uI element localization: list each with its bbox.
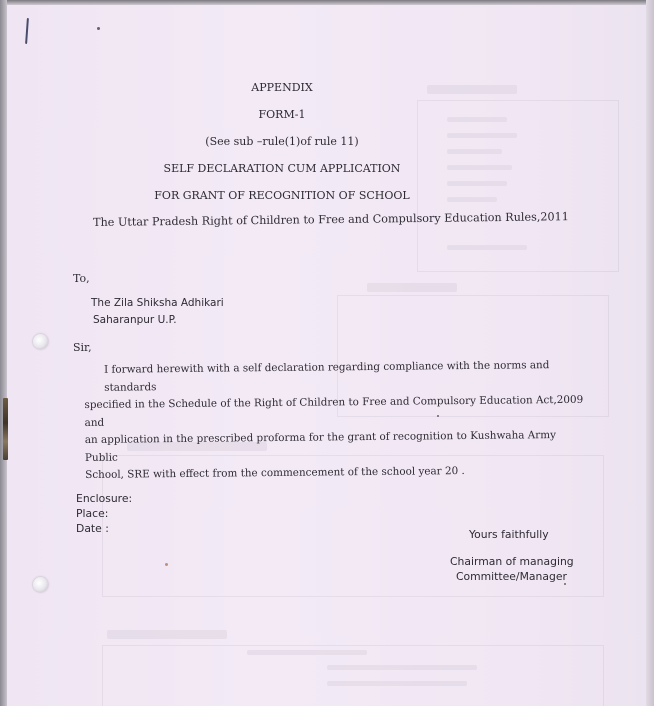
showthrough-line [447, 181, 507, 186]
showthrough-line [447, 149, 502, 154]
addressee-to: To, [73, 272, 90, 286]
signatory-line-1: Chairman of managing [450, 555, 574, 569]
heading-rule-reference: (See sub –rule(1)of rule 11) [12, 135, 552, 149]
page-left-edge [0, 0, 7, 706]
reverse-side-heading-showthrough [367, 283, 457, 292]
ink-speck [437, 415, 439, 417]
reverse-side-heading-showthrough [107, 630, 227, 639]
heading-form-number: FORM-1 [12, 108, 552, 122]
showthrough-line [447, 245, 527, 250]
heading-title-line-2: FOR GRANT OF RECOGNITION OF SCHOOL [12, 189, 552, 203]
binder-clip-mark [3, 398, 8, 460]
addressee-location: Saharanpur U.P. [93, 313, 177, 327]
addressee-office: The Zila Shiksha Adhikari [91, 296, 224, 310]
body-line-2: specified in the Schedule of the Right o… [84, 392, 584, 432]
page-right-edge [646, 0, 654, 706]
showthrough-line [327, 681, 467, 686]
punch-hole-top [33, 334, 48, 349]
body-line-3: an application in the prescribed proform… [85, 427, 585, 467]
body-line-1: I forward herewith with a self declarati… [84, 357, 584, 397]
heading-appendix: APPENDIX [12, 81, 552, 95]
document-page: APPENDIX FORM-1 (See sub –rule(1)of rule… [7, 5, 647, 706]
ink-speck [165, 563, 168, 566]
showthrough-line [247, 650, 367, 655]
place-label: Place: [76, 507, 108, 521]
ink-speck [564, 583, 566, 585]
date-label: Date : [76, 522, 109, 536]
salutation: Sir, [73, 341, 92, 355]
ink-speck [97, 27, 100, 30]
enclosure-label: Enclosure: [76, 492, 132, 506]
heading-title-line-1: SELF DECLARATION CUM APPLICATION [12, 162, 552, 176]
punch-hole-bottom [33, 577, 48, 592]
signatory-line-2: Committee/Manager [456, 570, 567, 584]
body-paragraph: I forward herewith with a self declarati… [84, 357, 585, 485]
page-top-edge [0, 0, 654, 5]
showthrough-line [327, 665, 477, 670]
valediction: Yours faithfully [469, 528, 549, 542]
